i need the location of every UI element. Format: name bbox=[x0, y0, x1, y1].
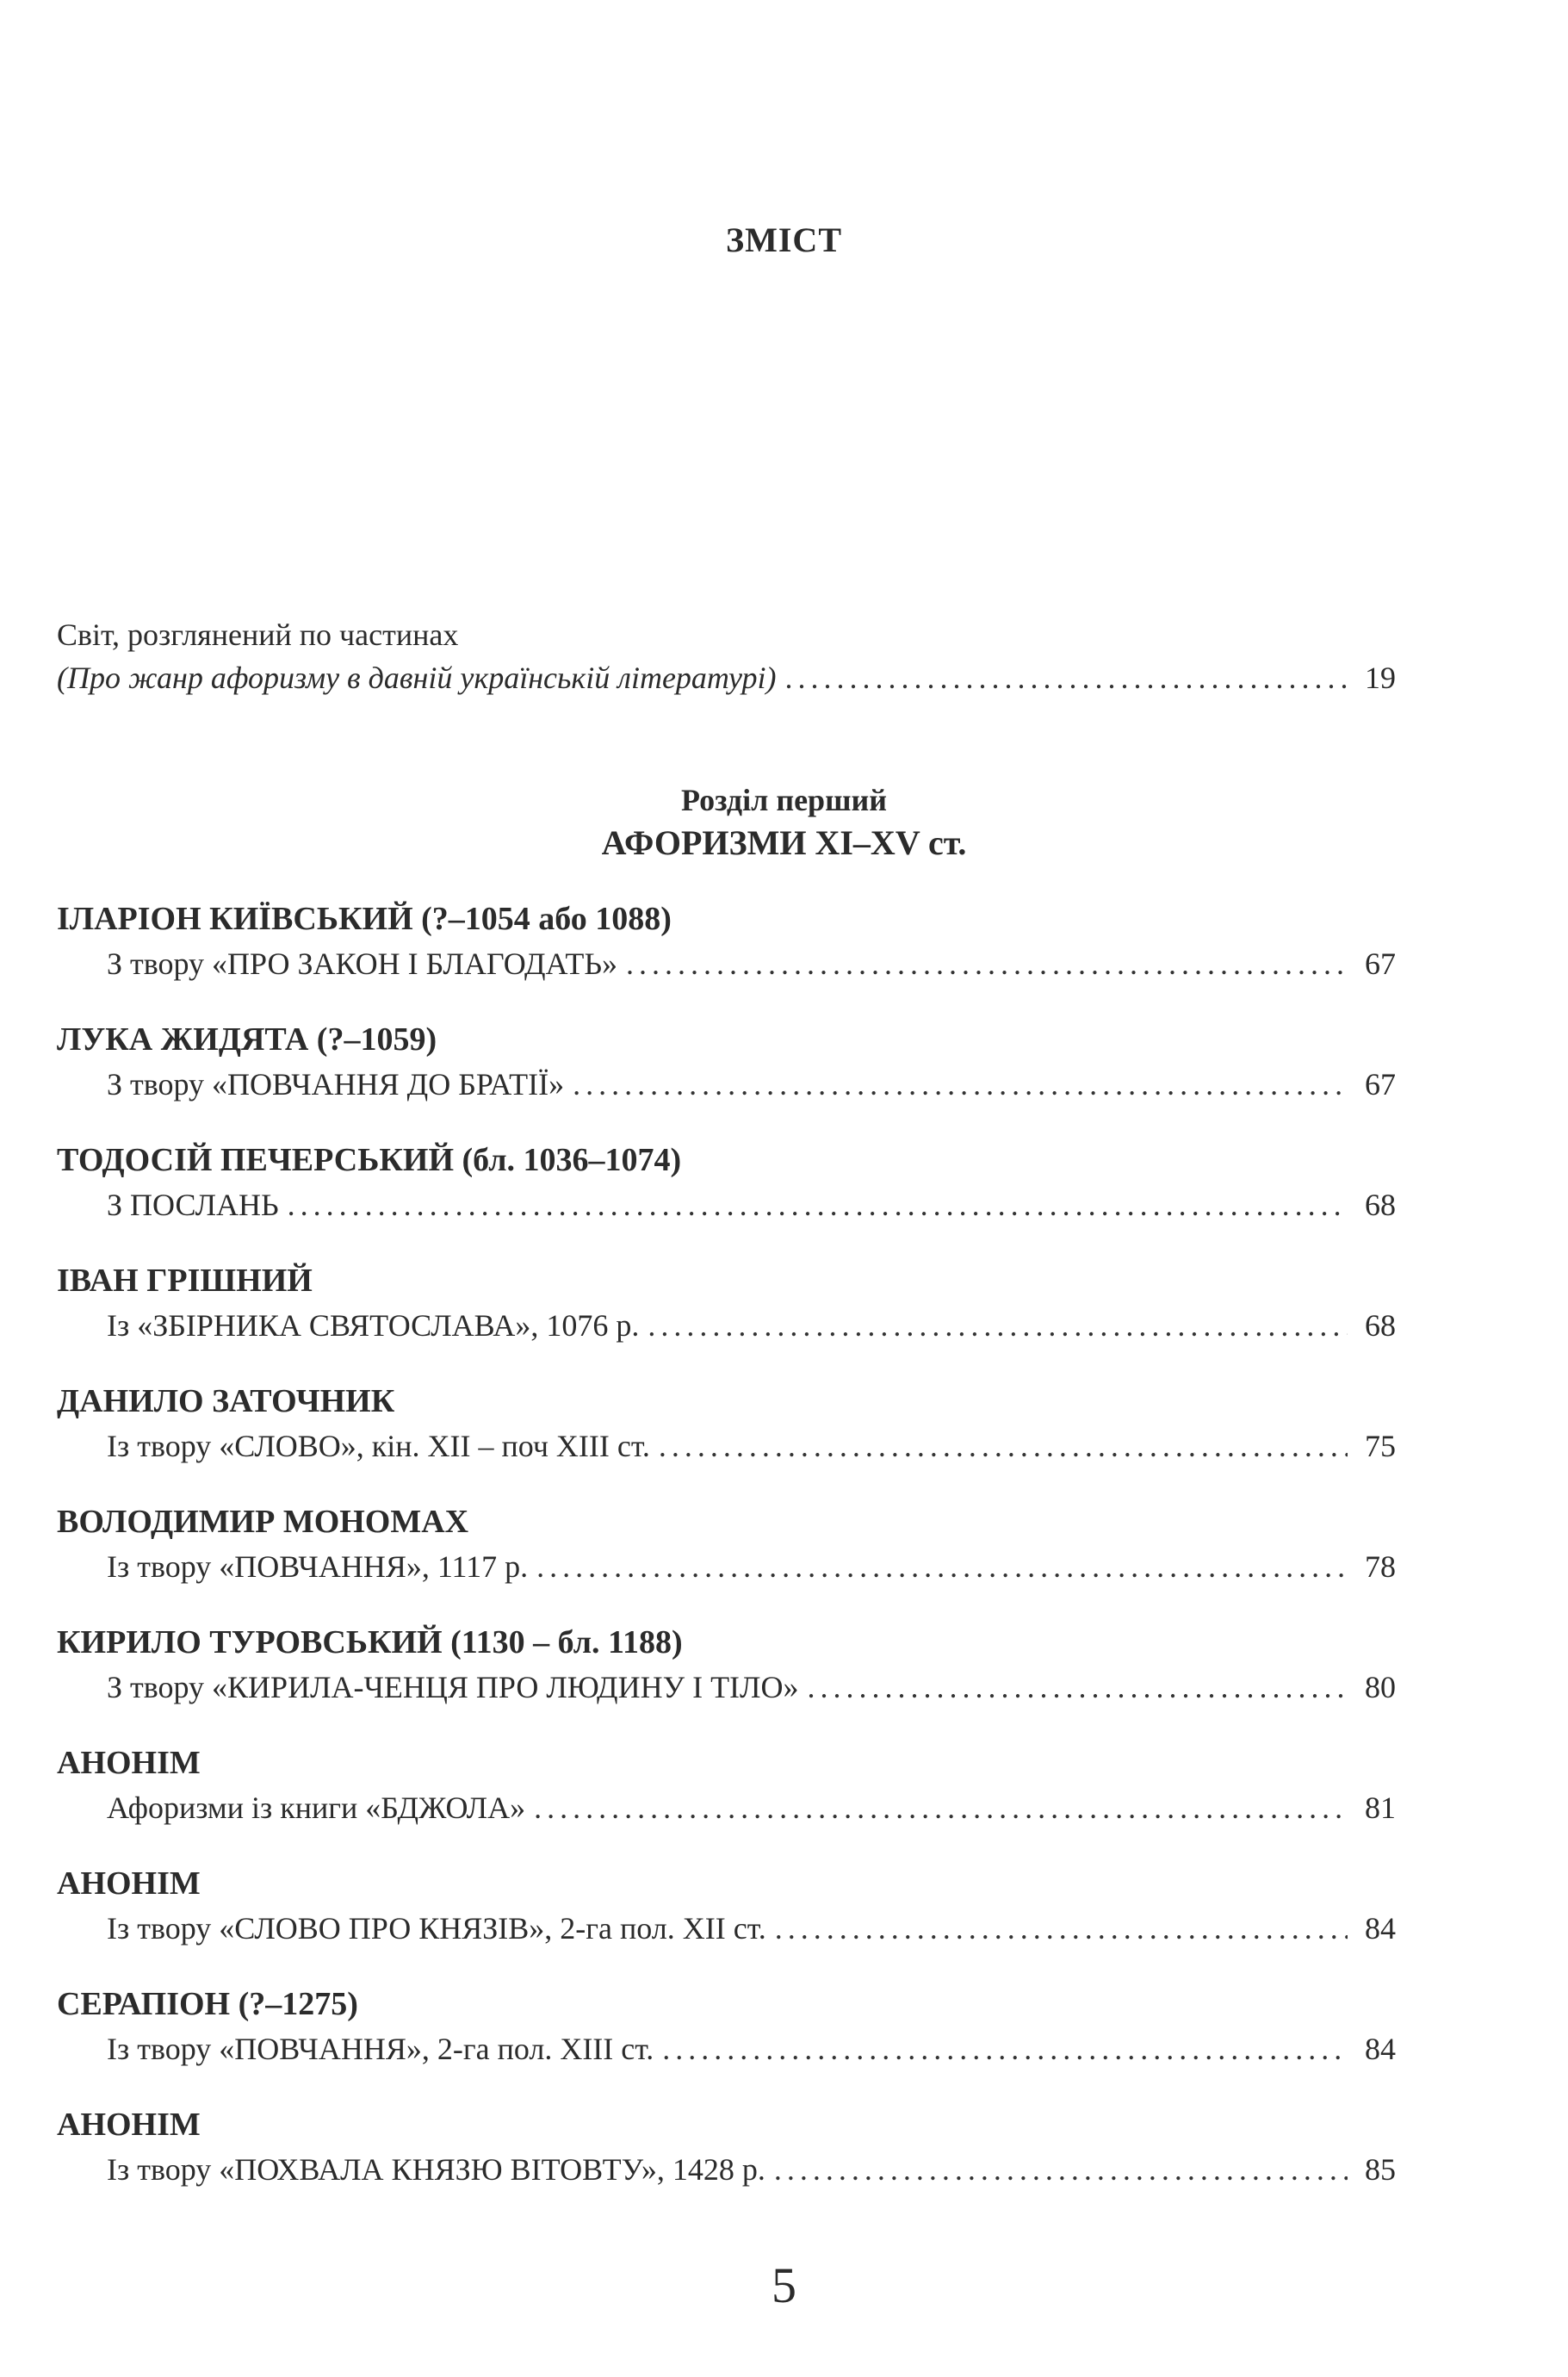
toc-entry[interactable]: АНОНІМІз твору «СЛОВО ПРО КНЯЗІВ», 2-га … bbox=[57, 1860, 1396, 1981]
dot-leader bbox=[648, 1304, 1348, 1347]
toc-entry[interactable]: АНОНІМАфоризми із книги «БДЖОЛА»81 bbox=[57, 1740, 1396, 1860]
dot-leader bbox=[534, 1786, 1348, 1829]
entry-work: Із твору «ПОВЧАННЯ», 1117 р. bbox=[107, 1545, 528, 1588]
entry-work: З твору «КИРИЛА-ЧЕНЦЯ ПРО ЛЮДИНУ І ТІЛО» bbox=[107, 1666, 798, 1709]
page-ref: 67 bbox=[1361, 942, 1396, 985]
dot-leader bbox=[785, 656, 1348, 699]
dot-leader bbox=[659, 1424, 1348, 1468]
entry-work: Із «ЗБІРНИКА СВЯТОСЛАВА», 1076 р. bbox=[107, 1304, 639, 1347]
page-ref: 68 bbox=[1361, 1183, 1396, 1226]
entry-author: ІВАН ГРІШНИЙ bbox=[57, 1257, 1396, 1304]
toc-entry[interactable]: СЕРАПІОН (?–1275)Із твору «ПОВЧАННЯ», 2-… bbox=[57, 1981, 1396, 2101]
entry-work: Із твору «СЛОВО», кін. XII – поч XIII ст… bbox=[107, 1424, 650, 1468]
page-number: 5 bbox=[0, 2256, 1568, 2314]
entry-author: ДАНИЛО ЗАТОЧНИК bbox=[57, 1378, 1396, 1424]
dot-leader bbox=[662, 2027, 1348, 2070]
toc-entry[interactable]: ІВАН ГРІШНИЙІз «ЗБІРНИКА СВЯТОСЛАВА», 10… bbox=[57, 1257, 1396, 1378]
toc-entry[interactable]: КИРИЛО ТУРОВСЬКИЙ (1130 – бл. 1188)З тво… bbox=[57, 1619, 1396, 1740]
dot-leader bbox=[775, 1907, 1348, 1950]
dot-leader bbox=[774, 2148, 1348, 2191]
intro-title: Світ, розглянений по частинах bbox=[57, 613, 1396, 656]
dot-leader bbox=[807, 1666, 1348, 1709]
dot-leader bbox=[536, 1545, 1348, 1588]
entry-work: З твору «ПРО ЗАКОН І БЛАГОДАТЬ» bbox=[107, 942, 617, 985]
entry-work: З твору «ПОВЧАННЯ ДО БРАТІЇ» bbox=[107, 1063, 564, 1106]
page-ref: 19 bbox=[1361, 656, 1396, 699]
entry-author: АНОНІМ bbox=[57, 2101, 1396, 2148]
dot-leader bbox=[288, 1183, 1348, 1226]
entry-author: АНОНІМ bbox=[57, 1860, 1396, 1907]
page-ref: 67 bbox=[1361, 1063, 1396, 1106]
dot-leader bbox=[626, 942, 1348, 985]
toc-entry[interactable]: ВОЛОДИМИР МОНОМАХІз твору «ПОВЧАННЯ», 11… bbox=[57, 1499, 1396, 1619]
page-ref: 81 bbox=[1361, 1786, 1396, 1829]
entry-author: АНОНІМ bbox=[57, 1740, 1396, 1786]
entry-work: З ПОСЛАНЬ bbox=[107, 1183, 279, 1226]
intro-subtitle: (Про жанр афоризму в давній українській … bbox=[57, 656, 777, 699]
entry-work: Із твору «ПОВЧАННЯ», 2-га пол. XIII ст. bbox=[107, 2027, 654, 2070]
section-title: АФОРИЗМИ XI–XV ст. bbox=[0, 821, 1568, 866]
entry-author: СЕРАПІОН (?–1275) bbox=[57, 1981, 1396, 2027]
entry-work: Афоризми із книги «БДЖОЛА» bbox=[107, 1786, 525, 1829]
toc-entry[interactable]: ТОДОСІЙ ПЕЧЕРСЬКИЙ (бл. 1036–1074)З ПОСЛ… bbox=[57, 1137, 1396, 1257]
page-ref: 75 bbox=[1361, 1424, 1396, 1468]
section-heading: Розділ перший АФОРИЗМИ XI–XV ст. bbox=[0, 779, 1568, 866]
page-ref: 80 bbox=[1361, 1666, 1396, 1709]
entry-author: ЛУКА ЖИДЯТА (?–1059) bbox=[57, 1016, 1396, 1063]
entry-work: Із твору «СЛОВО ПРО КНЯЗІВ», 2-га пол. X… bbox=[107, 1907, 766, 1950]
entry-author: ТОДОСІЙ ПЕЧЕРСЬКИЙ (бл. 1036–1074) bbox=[57, 1137, 1396, 1183]
page-ref: 78 bbox=[1361, 1545, 1396, 1588]
toc-intro[interactable]: Світ, розглянений по частинах (Про жанр … bbox=[57, 613, 1396, 699]
section-label: Розділ перший bbox=[0, 779, 1568, 821]
page-ref: 85 bbox=[1361, 2148, 1396, 2191]
entry-author: ВОЛОДИМИР МОНОМАХ bbox=[57, 1499, 1396, 1545]
toc-entry[interactable]: ЛУКА ЖИДЯТА (?–1059)З твору «ПОВЧАННЯ ДО… bbox=[57, 1016, 1396, 1137]
page-ref: 68 bbox=[1361, 1304, 1396, 1347]
toc-entries: ІЛАРІОН КИЇВСЬКИЙ (?–1054 або 1088)З тво… bbox=[57, 896, 1396, 2222]
page-title: ЗМІСТ bbox=[0, 220, 1568, 260]
page-ref: 84 bbox=[1361, 2027, 1396, 2070]
entry-work: Із твору «ПОХВАЛА КНЯЗЮ ВІТОВТУ», 1428 р… bbox=[107, 2148, 765, 2191]
dot-leader bbox=[573, 1063, 1348, 1106]
entry-author: КИРИЛО ТУРОВСЬКИЙ (1130 – бл. 1188) bbox=[57, 1619, 1396, 1666]
toc-entry[interactable]: ІЛАРІОН КИЇВСЬКИЙ (?–1054 або 1088)З тво… bbox=[57, 896, 1396, 1016]
page-ref: 84 bbox=[1361, 1907, 1396, 1950]
toc-entry[interactable]: ДАНИЛО ЗАТОЧНИКІз твору «СЛОВО», кін. XI… bbox=[57, 1378, 1396, 1499]
toc-entry[interactable]: АНОНІМІз твору «ПОХВАЛА КНЯЗЮ ВІТОВТУ», … bbox=[57, 2101, 1396, 2222]
entry-author: ІЛАРІОН КИЇВСЬКИЙ (?–1054 або 1088) bbox=[57, 896, 1396, 942]
